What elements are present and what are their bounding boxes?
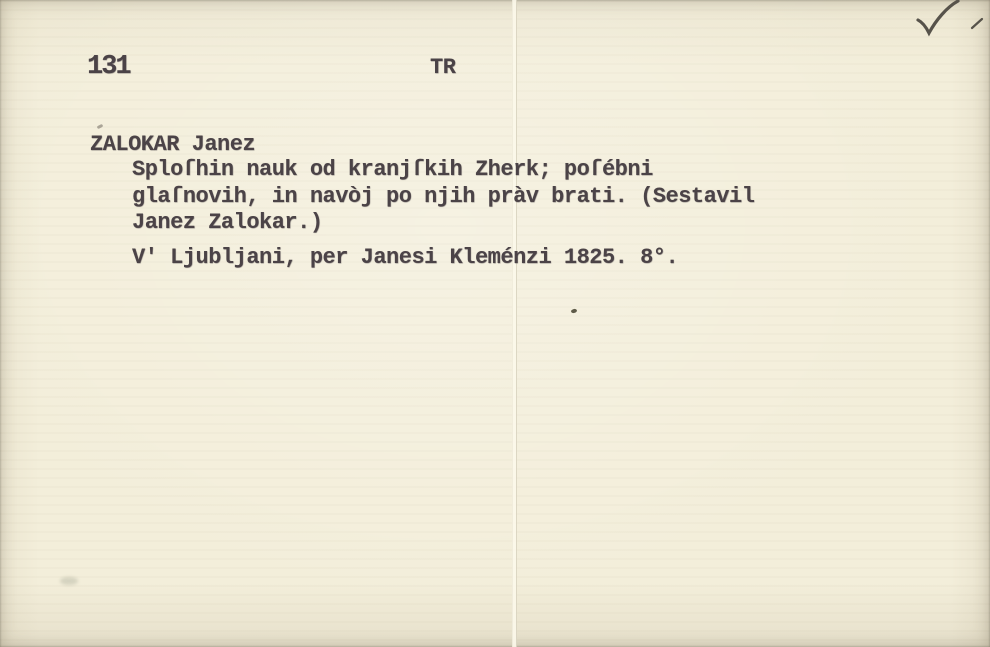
title-line: glaſnovih, in navòj po njih pràv brati. … (132, 186, 754, 208)
fold-crease (512, 0, 517, 647)
imprint-line: V' Ljubljani, per Janesi Kleménzi 1825. … (132, 247, 678, 269)
ink-speck (571, 308, 578, 313)
card-number: 131 (87, 54, 130, 81)
stray-ink-mark (97, 124, 104, 129)
author-heading: ZALOKAR Janez (90, 134, 255, 156)
title-line: Janez Zalokar.) (132, 212, 323, 234)
catalog-card: 131 TR ZALOKAR Janez Sploſhin nauk od kr… (0, 0, 990, 647)
classification-code: TR (430, 57, 455, 79)
title-line: Sploſhin nauk od kranjſkih Zherk; poſébn… (132, 159, 653, 181)
faint-smudge (60, 577, 78, 585)
checkmark-icon (914, 0, 986, 40)
